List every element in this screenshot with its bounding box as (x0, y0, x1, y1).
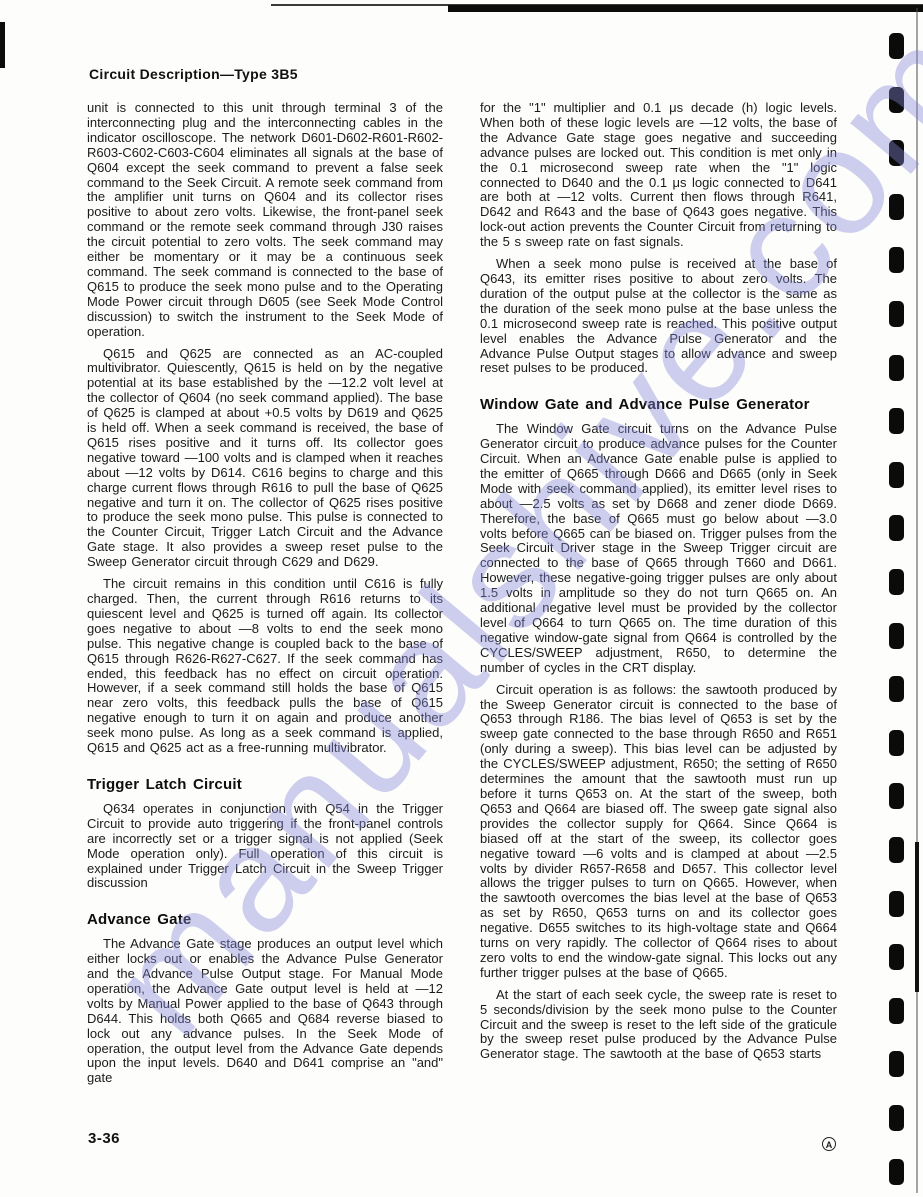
binding-mark (889, 194, 904, 220)
page-number: 3-36 (88, 1130, 120, 1147)
scan-top-edge-bar (448, 5, 923, 12)
scan-left-edge-mark (0, 22, 5, 68)
binding-mark (889, 891, 904, 917)
section-heading: Advance Gate (87, 913, 443, 928)
binding-mark (889, 1159, 904, 1185)
paragraph: The Window Gate circuit turns on the Adv… (480, 422, 837, 675)
binding-mark (889, 1051, 904, 1077)
section-heading: Trigger Latch Circuit (87, 778, 443, 793)
binding-mark (889, 462, 904, 488)
paragraph: for the "1" multiplier and 0.1 μs decade… (480, 101, 837, 250)
page-edge-shadow (915, 842, 919, 992)
binding-mark (889, 569, 904, 595)
page-header-title: Circuit Description—Type 3B5 (89, 66, 298, 82)
binding-mark (889, 247, 904, 273)
binding-mark (889, 33, 904, 59)
binding-mark (889, 944, 904, 970)
binding-mark (889, 676, 904, 702)
paragraph: When a seek mono pulse is received at th… (480, 257, 837, 376)
revision-badge: A (822, 1137, 836, 1151)
binding-mark (889, 1105, 904, 1131)
paragraph: Q615 and Q625 are connected as an AC-cou… (87, 347, 443, 571)
page-edge-line (916, 8, 918, 1193)
binding-mark (889, 837, 904, 863)
binding-mark (889, 301, 904, 327)
binding-mark (889, 355, 904, 381)
paragraph: Q634 operates in conjunction with Q54 in… (87, 802, 443, 891)
binding-mark (889, 140, 904, 166)
binding-mark (889, 623, 904, 649)
binding-mark (889, 87, 904, 113)
section-heading: Window Gate and Advance Pulse Generator (480, 398, 837, 413)
left-column: unit is connected to this unit through t… (87, 101, 443, 1093)
right-column: for the "1" multiplier and 0.1 μs decade… (480, 101, 837, 1069)
paragraph: unit is connected to this unit through t… (87, 101, 443, 340)
paragraph: The Advance Gate stage produces an outpu… (87, 937, 443, 1086)
binding-mark (889, 998, 904, 1024)
binding-mark (889, 783, 904, 809)
binding-mark (889, 515, 904, 541)
paragraph: At the start of each seek cycle, the swe… (480, 988, 837, 1063)
scanned-manual-page: manualshive.com Circuit Description—Type… (0, 0, 923, 1197)
paragraph: Circuit operation is as follows: the saw… (480, 683, 837, 981)
paragraph: The circuit remains in this condition un… (87, 577, 443, 756)
binding-mark (889, 730, 904, 756)
binding-mark (889, 408, 904, 434)
